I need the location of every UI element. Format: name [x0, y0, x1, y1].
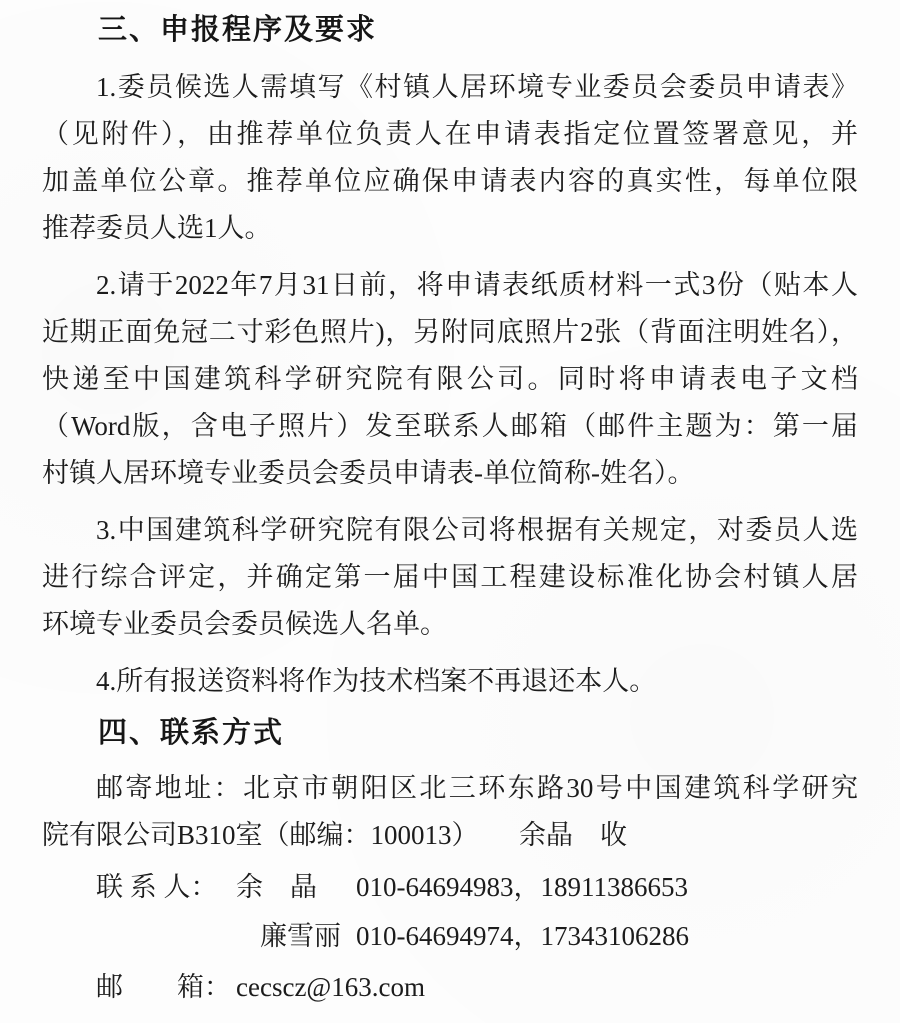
- paragraph-1: 1.委员候选人需填写《村镇人居环境专业委员会委员申请表》 （见附件），由推荐单位…: [42, 64, 858, 252]
- email-address: cecscz@163.com: [236, 962, 858, 1012]
- text-line: 近期正面免冠二寸彩色照片)，另附同底照片2张（背面注明姓名），: [42, 309, 858, 356]
- text-line: （见附件），由推荐单位负责人在申请表指定位置签署意见，并: [42, 111, 858, 158]
- text-line: 环境专业委员会委员候选人名单。: [42, 601, 858, 648]
- text-line: 1.委员候选人需填写《村镇人居环境专业委员会委员申请表》: [42, 64, 858, 111]
- contact-person-label: 联 系 人：: [96, 863, 236, 912]
- text-line: 进行综合评定，并确定第一届中国工程建设标准化协会村镇人居: [42, 554, 858, 601]
- contact-label-spacer: [96, 912, 236, 961]
- section-heading-application-procedure: 三、申报程序及要求: [42, 8, 858, 52]
- paragraph-4: 4.所有报送资料将作为技术档案不再退还本人。: [42, 658, 858, 705]
- text-line: 快递至中国建筑科学研究院有限公司。同时将申请表电子文档: [42, 356, 858, 403]
- text-line: （Word版，含电子照片）发至联系人邮箱（邮件主题为：第一届: [42, 403, 858, 450]
- contact-person-row-2: 廉雪丽 010-64694974，17343106286: [42, 912, 858, 961]
- paragraph-2: 2.请于2022年7月31日前，将申请表纸质材料一式3份（贴本人 近期正面免冠二…: [42, 262, 858, 497]
- text-line: 2.请于2022年7月31日前，将申请表纸质材料一式3份（贴本人: [42, 262, 858, 309]
- text-line: 3.中国建筑科学研究院有限公司将根据有关规定，对委员人选: [42, 507, 858, 554]
- paragraph-3: 3.中国建筑科学研究院有限公司将根据有关规定，对委员人选 进行综合评定，并确定第…: [42, 507, 858, 648]
- contact-person-phones: 010-64694974，17343106286: [356, 912, 858, 961]
- scanned-document-page: 三、申报程序及要求 1.委员候选人需填写《村镇人居环境专业委员会委员申请表》 （…: [0, 0, 900, 1023]
- text-line: 邮寄地址：北京市朝阳区北三环东路30号中国建筑科学研究: [42, 765, 858, 812]
- contact-person-phones: 010-64694983，18911386653: [356, 863, 858, 912]
- text-line: 推荐委员人选1人。: [42, 205, 858, 252]
- contact-person-name: 廉雪丽: [236, 912, 356, 961]
- email-label: 邮 箱：: [96, 962, 236, 1012]
- text-line: 加盖单位公章。推荐单位应确保申请表内容的真实性，每单位限: [42, 158, 858, 205]
- mailing-address: 邮寄地址：北京市朝阳区北三环东路30号中国建筑科学研究 院有限公司B310室（邮…: [42, 765, 858, 859]
- text-line: 院有限公司B310室（邮编：100013） 余晶 收: [42, 812, 858, 859]
- email-row: 邮 箱： cecscz@163.com: [42, 962, 858, 1012]
- text-line: 村镇人居环境专业委员会委员申请表-单位简称-姓名）。: [42, 450, 858, 497]
- contact-person-name: 余 晶: [236, 863, 356, 912]
- contact-person-row-1: 联 系 人： 余 晶 010-64694983，18911386653: [42, 863, 858, 912]
- section-heading-contact-info: 四、联系方式: [42, 711, 858, 755]
- text-line: 4.所有报送资料将作为技术档案不再退还本人。: [42, 658, 858, 705]
